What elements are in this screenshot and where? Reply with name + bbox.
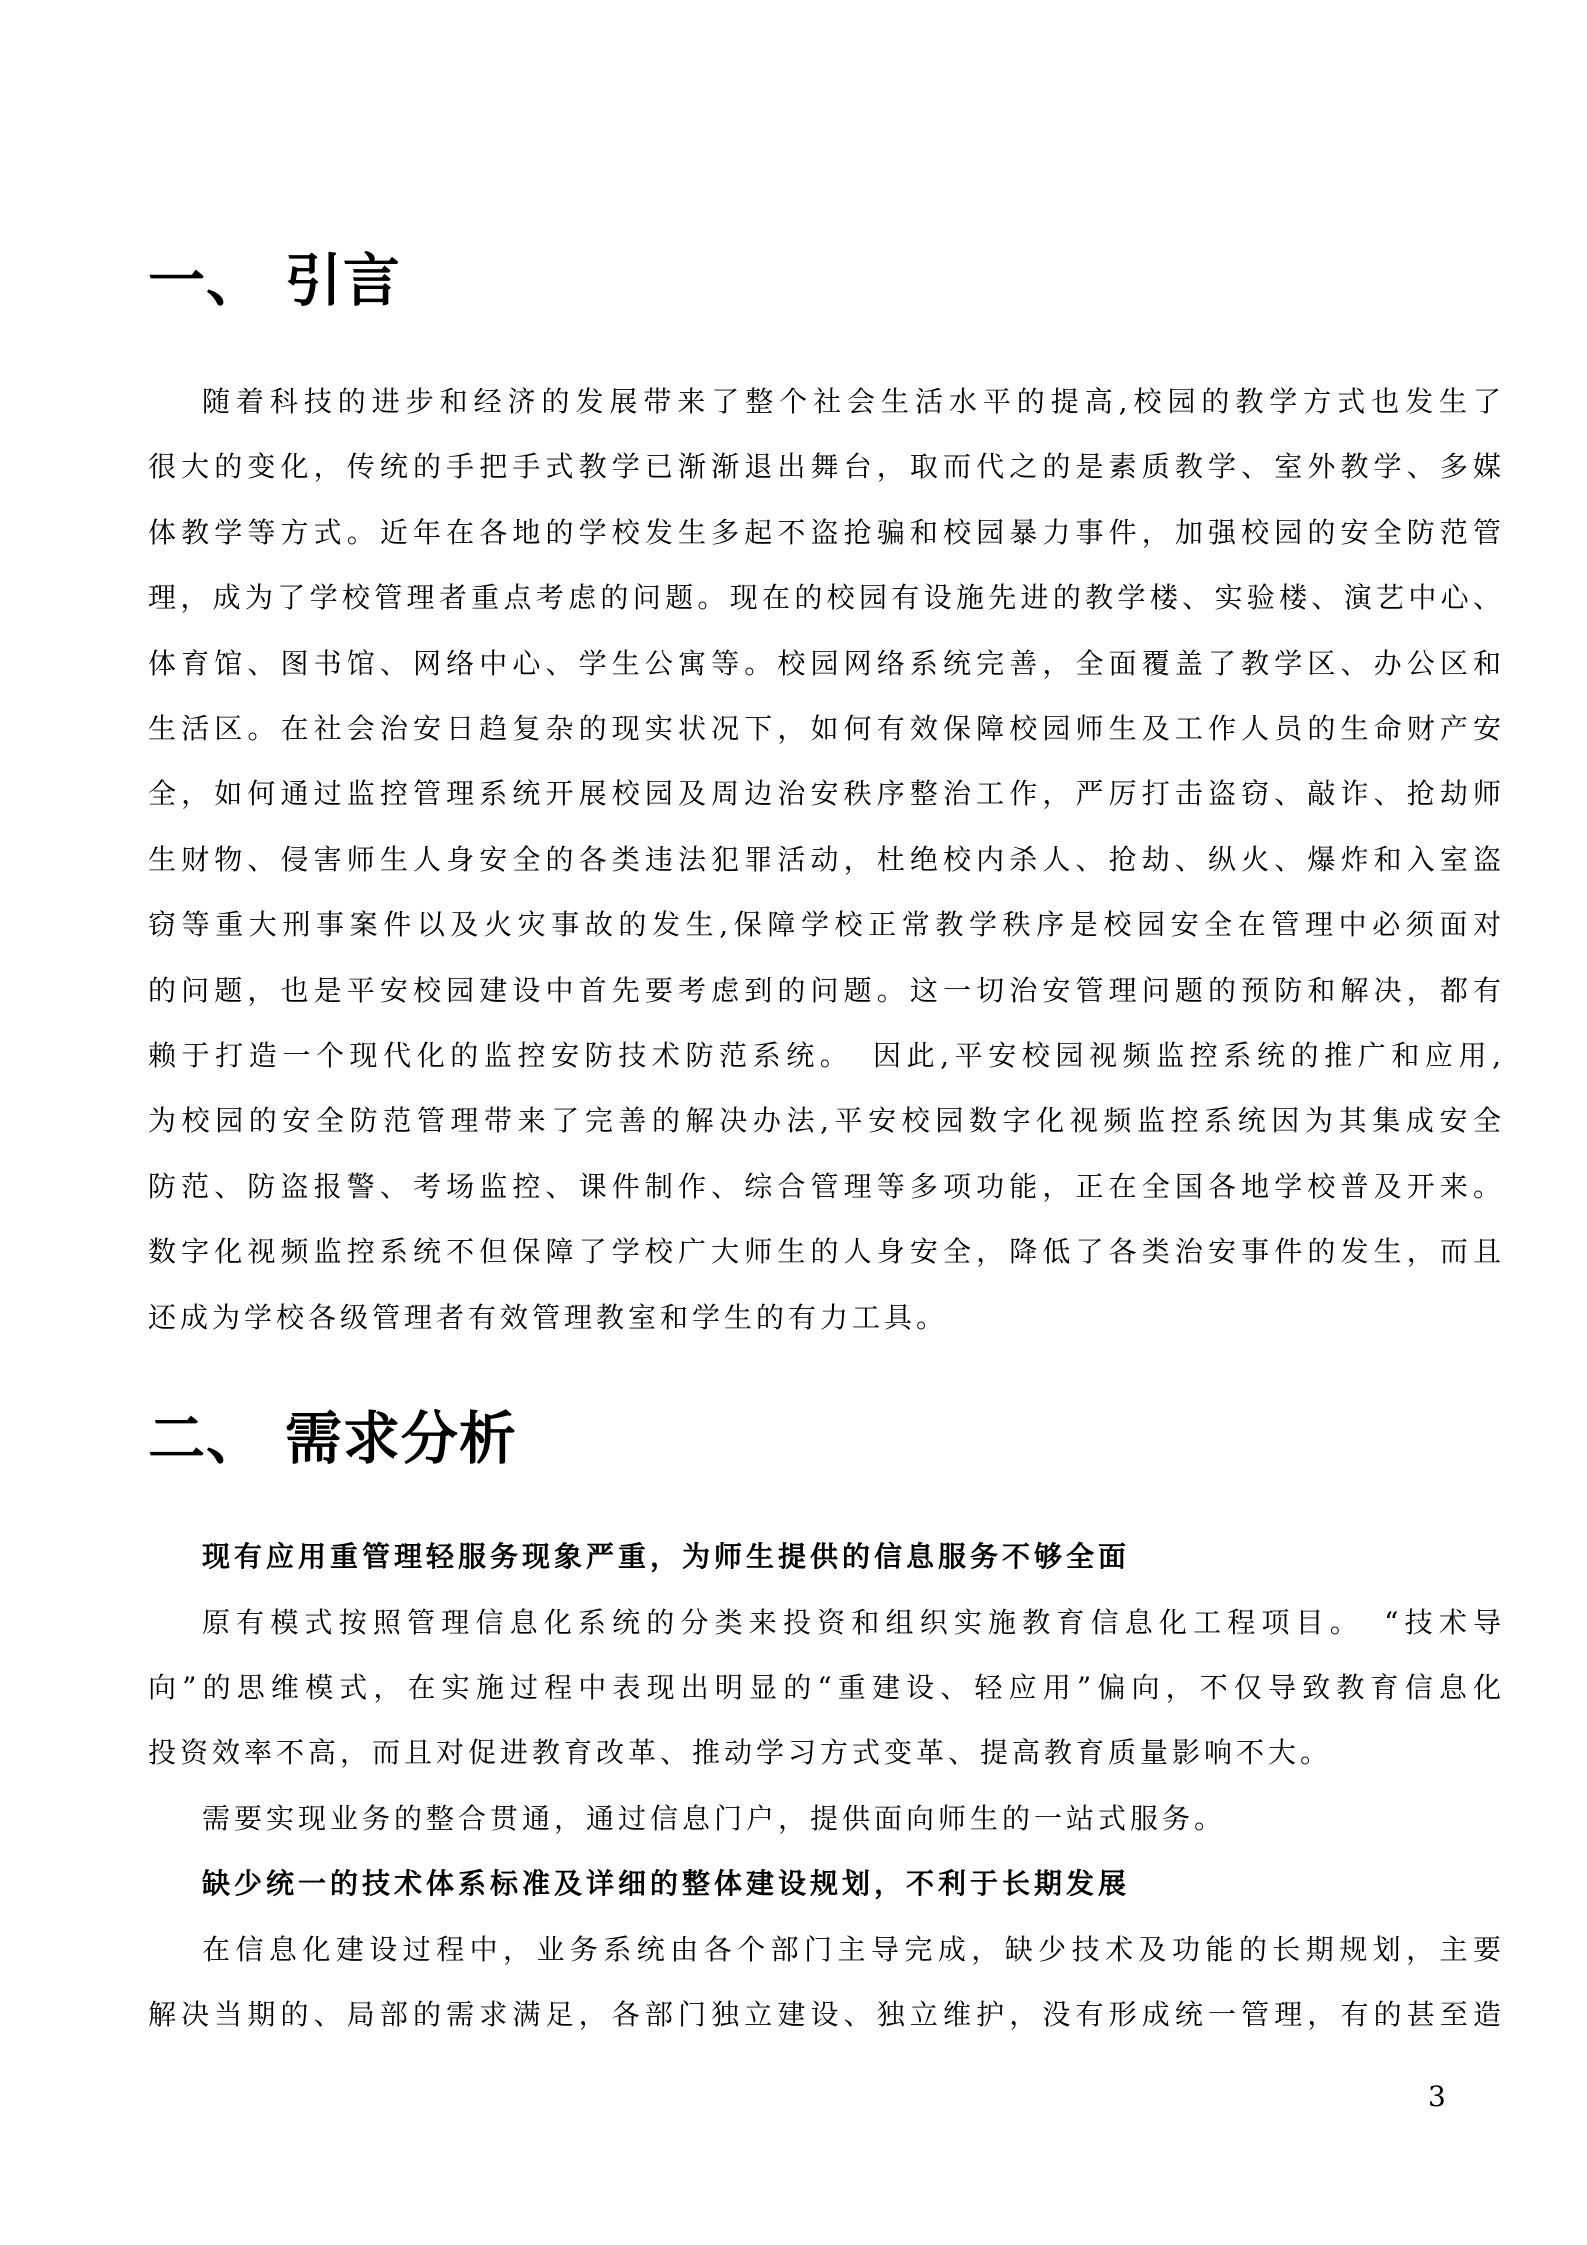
- text-line: 缺少统一的技术体系标准及详细的整体建设规划，不利于长期发展: [148, 1851, 1505, 1916]
- sub-heading-paragraph: 缺少统一的技术体系标准及详细的整体建设规划，不利于长期发展: [148, 1851, 1505, 1916]
- text-line: 解决当期的、局部的需求满足，各部门独立建设、独立维护，没有形成统一管理，有的甚至…: [148, 1982, 1505, 2047]
- text-line: 生活区。在社会治安日趋复杂的现实状况下，如何有效保障校园师生及工作人员的生命财产…: [148, 696, 1505, 761]
- text-line: 向”的思维模式，在实施过程中表现出明显的“重建设、轻应用”偏向，不仅导致教育信息…: [148, 1655, 1505, 1720]
- text-line: 全，如何通过监控管理系统开展校园及周边治安秩序整治工作，严厉打击盗窃、敲诈、抢劫…: [148, 761, 1505, 826]
- body-paragraph: 随着科技的进步和经济的发展带来了整个社会生活水平的提高,校园的教学方式也发生了很…: [148, 369, 1505, 1350]
- section-heading: 一、 引言: [148, 252, 1505, 309]
- text-line: 数字化视频监控系统不但保障了学校广大师生的人身安全，降低了各类治安事件的发生，而…: [148, 1219, 1505, 1284]
- body-paragraph: 需要实现业务的整合贯通，通过信息门户，提供面向师生的一站式服务。: [148, 1786, 1505, 1851]
- text-line: 赖于打造一个现代化的监控安防技术防范系统。 因此,平安校园视频监控系统的推广和应…: [148, 1023, 1505, 1088]
- text-line: 为校园的安全防范管理带来了完善的解决办法,平安校园数字化视频监控系统因为其集成安…: [148, 1088, 1505, 1153]
- page-number: 3: [1428, 2080, 1446, 2114]
- text-line: 还成为学校各级管理者有效管理教室和学生的有力工具。: [148, 1285, 1505, 1350]
- text-line: 防范、防盗报警、考场监控、课件制作、综合管理等多项功能，正在全国各地学校普及开来…: [148, 1154, 1505, 1219]
- section-heading: 二、 需求分析: [148, 1410, 1505, 1467]
- body-paragraph: 在信息化建设过程中，业务系统由各个部门主导完成，缺少技术及功能的长期规划，主要解…: [148, 1917, 1505, 2048]
- document-page: 一、 引言随着科技的进步和经济的发展带来了整个社会生活水平的提高,校园的教学方式…: [0, 0, 1587, 2245]
- text-line: 的问题，也是平安校园建设中首先要考虑到的问题。这一切治安管理问题的预防和解决，都…: [148, 958, 1505, 1023]
- text-line: 体育馆、图书馆、网络中心、学生公寓等。校园网络系统完善，全面覆盖了教学区、办公区…: [148, 631, 1505, 696]
- text-line: 很大的变化，传统的手把手式教学已渐渐退出舞台，取而代之的是素质教学、室外教学、多…: [148, 434, 1505, 499]
- text-line: 生财物、侵害师生人身安全的各类违法犯罪活动，杜绝校内杀人、抢劫、纵火、爆炸和入室…: [148, 827, 1505, 892]
- text-line: 体教学等方式。近年在各地的学校发生多起不盗抢骗和校园暴力事件，加强校园的安全防范…: [148, 500, 1505, 565]
- text-line: 在信息化建设过程中，业务系统由各个部门主导完成，缺少技术及功能的长期规划，主要: [148, 1917, 1505, 1982]
- document-content: 一、 引言随着科技的进步和经济的发展带来了整个社会生活水平的提高,校园的教学方式…: [0, 252, 1587, 2047]
- sub-heading-paragraph: 现有应用重管理轻服务现象严重，为师生提供的信息服务不够全面: [148, 1524, 1505, 1589]
- text-line: 需要实现业务的整合贯通，通过信息门户，提供面向师生的一站式服务。: [148, 1786, 1505, 1851]
- text-line: 现有应用重管理轻服务现象严重，为师生提供的信息服务不够全面: [148, 1524, 1505, 1589]
- text-line: 窃等重大刑事案件以及火灾事故的发生,保障学校正常教学秩序是校园安全在管理中必须面…: [148, 892, 1505, 957]
- text-line: 随着科技的进步和经济的发展带来了整个社会生活水平的提高,校园的教学方式也发生了: [148, 369, 1505, 434]
- text-line: 投资效率不高，而且对促进教育改革、推动学习方式变革、提高教育质量影响不大。: [148, 1720, 1505, 1785]
- text-line: 原有模式按照管理信息化系统的分类来投资和组织实施教育信息化工程项目。 “技术导: [148, 1590, 1505, 1655]
- body-paragraph: 原有模式按照管理信息化系统的分类来投资和组织实施教育信息化工程项目。 “技术导向…: [148, 1590, 1505, 1786]
- text-line: 理，成为了学校管理者重点考虑的问题。现在的校园有设施先进的教学楼、实验楼、演艺中…: [148, 565, 1505, 630]
